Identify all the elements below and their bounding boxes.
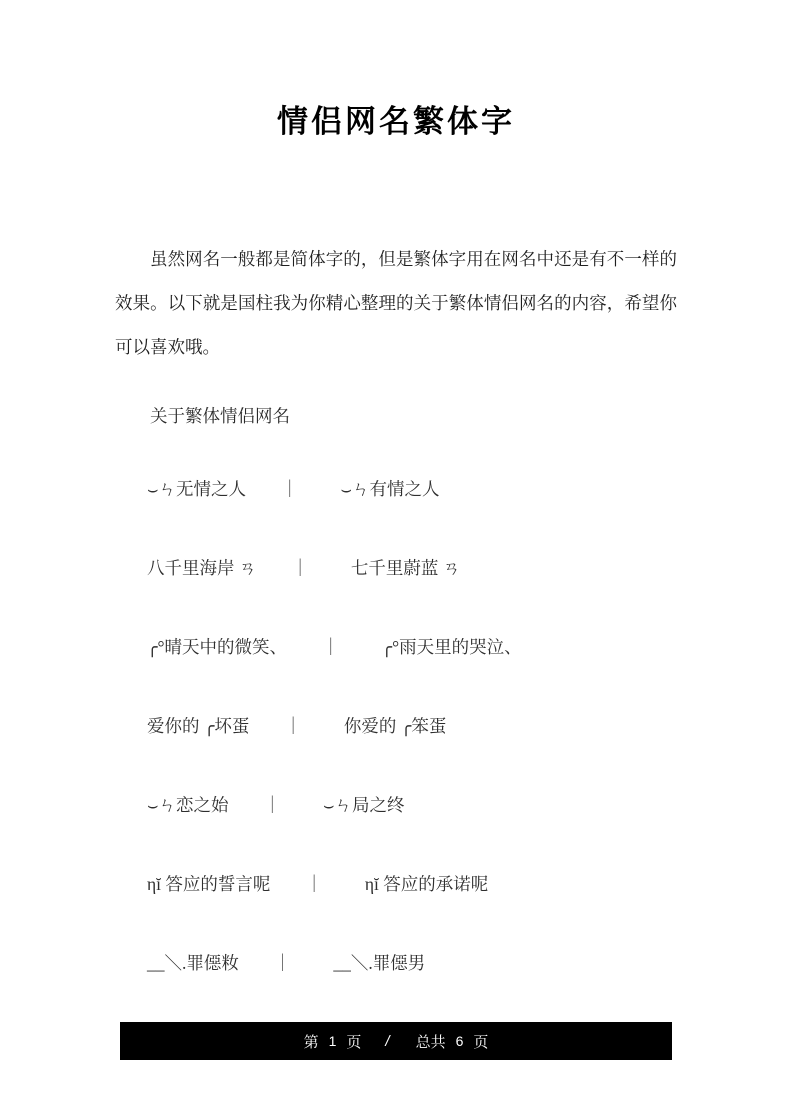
name-row: ╭°晴天中的微笑、 ｜ ╭°雨天里的哭泣、 [147,634,677,659]
footer-page-unit: 页 [346,1031,361,1052]
document-page: 情侣网名繁体字 虽然网名一般都是简体字的，但是繁体字用在网名中还是有不一样的效果… [0,0,792,1120]
name-left: __＼.罪僫籹 [147,950,239,975]
document-title: 情侣网名繁体字 [115,0,677,141]
document-body: 情侣网名繁体字 虽然网名一般都是简体字的，但是繁体字用在网名中还是有不一样的效果… [0,0,792,1054]
footer-page-number: 1 [329,1033,337,1049]
name-right: ⌣ㄣ局之终 [323,792,405,817]
section-heading: 关于繁体情侣网名 [150,403,677,428]
footer-total-number: 6 [456,1033,464,1049]
footer-total-unit: 页 [473,1031,488,1052]
footer-page-label: 第 [304,1031,319,1052]
name-separator: ｜ [284,713,302,738]
footer-slash-separator: / [385,1033,389,1050]
name-left: ⌣ㄣ无情之人 [147,476,246,501]
name-right: ηĭ 答应的承诺呢 [365,871,488,896]
name-separator: ｜ [291,555,309,580]
name-right: 七千里蔚蓝 ㄢ [351,555,460,580]
footer-total-label: 总共 [416,1031,446,1052]
name-separator: ｜ [322,634,340,659]
name-row: __＼.罪僫籹 ｜ __＼.罪僫男 [147,950,677,975]
intro-paragraph: 虽然网名一般都是简体字的，但是繁体字用在网名中还是有不一样的效果。以下就是国柱我… [115,237,677,369]
name-left: 八千里海岸 ㄢ [147,555,256,580]
name-right: 你爱的 ╭笨蛋 [344,713,446,738]
name-row: ⌣ㄣ恋之始 ｜ ⌣ㄣ局之终 [147,792,677,817]
name-right: ⌣ㄣ有情之人 [341,476,440,501]
name-separator: ｜ [274,950,292,975]
footer-page-indicator: 第 1 页 / 总共 6 页 [120,1022,672,1060]
name-right: __＼.罪僫男 [333,950,425,975]
name-left: ⌣ㄣ恋之始 [147,792,229,817]
name-row: ⌣ㄣ无情之人 ｜ ⌣ㄣ有情之人 [147,476,677,501]
name-row: 八千里海岸 ㄢ ｜ 七千里蔚蓝 ㄢ [147,555,677,580]
name-separator: ｜ [281,476,299,501]
name-separator: ｜ [305,871,323,896]
name-row: ηĭ 答应的誓言呢 ｜ ηĭ 答应的承诺呢 [147,871,677,896]
couple-name-list: ⌣ㄣ无情之人 ｜ ⌣ㄣ有情之人 八千里海岸 ㄢ ｜ 七千里蔚蓝 ㄢ ╭°晴天中的… [147,476,677,1054]
name-left: 爱你的 ╭坏蛋 [147,713,249,738]
name-left: ηĭ 答应的誓言呢 [147,871,270,896]
name-separator: ｜ [264,792,282,817]
name-left: ╭°晴天中的微笑、 [147,634,287,659]
name-row: 爱你的 ╭坏蛋 ｜ 你爱的 ╭笨蛋 [147,713,677,738]
name-right: ╭°雨天里的哭泣、 [382,634,522,659]
